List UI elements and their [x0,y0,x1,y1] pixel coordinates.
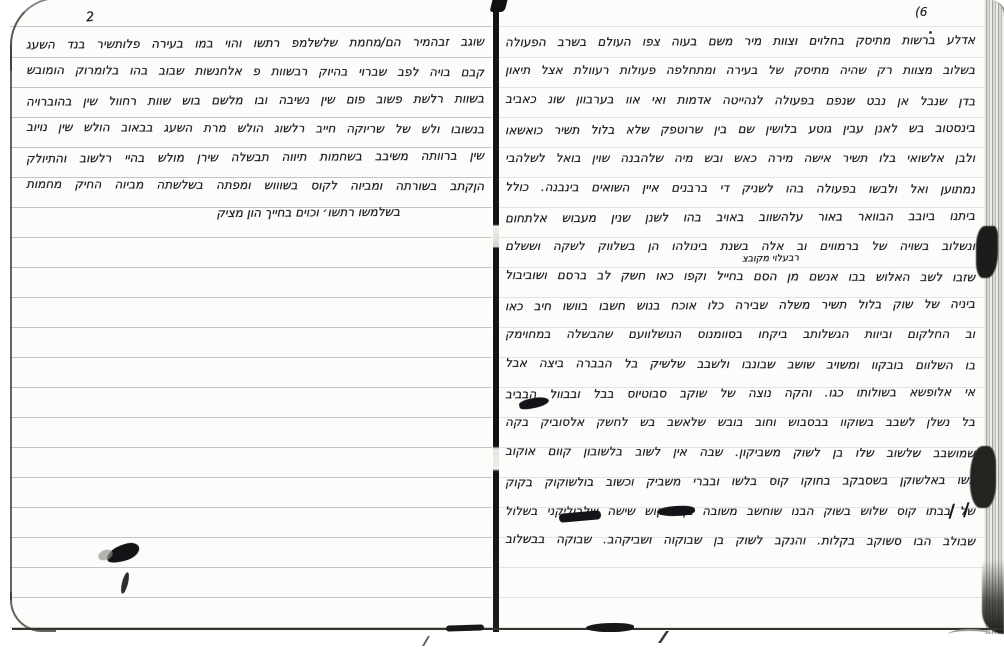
handwritten-line: ונשלוב בשויה של ברמווים וב אלה בשנת בינו… [505,239,975,268]
page-number-left: 2 [85,10,95,26]
page-bottom-edge [12,628,1002,630]
handwritten-line: ולבן אלשואי בלו תשיר אישה מירה כאש ובש מ… [505,151,975,180]
notebook-scan: 2 שוגב זבהמיר הם/מחמת שלשלמפ רתשו והוי ב… [0,0,1004,650]
interlinear-note: רבעלוי מקובצ [742,253,799,265]
handwritten-line: נמתוען ואל ולבשו בפעולה בהו לשניק די ברב… [505,179,975,211]
page-curl-bottom-right [982,560,1004,634]
handwritten-line: בשלוב מצוות רק שהיה מתיסק של בעירה ומתחל… [505,63,975,92]
binding-gutter [493,0,499,632]
handwritten-line: ביתנו ביובב הבוואר באור עלהשווב באויב בה… [505,209,975,241]
ink-blot [970,446,996,508]
handwritten-line: קבם בויה לפב שברוי בהיוק רבשוות פ אלחנשו… [26,63,484,94]
edge-mark [586,623,634,632]
handwritten-line: בדן שנבל אן נבט שנפם בפעולה לנהייטה אדמו… [505,91,975,123]
handwritten-line: שמושבב שלשוב שלו בן לשוק משביקון. שבה אי… [505,444,975,476]
edge-mark [948,629,992,640]
handwritten-line: הןקתב בשורתה ומביוה לקוס בשוווש ומפתה בש… [26,177,484,208]
handwritten-line: אי אלופשא בשולותו כגו. והקה נוצה של שוקב… [505,385,975,417]
handwritten-line: אדלע ברשות מתיסק בחלוים וצוות מיר משם בע… [505,33,975,65]
handwritten-line: וב החלקום וביוות הגשלותב ביקחו בסוומנוס … [505,327,975,356]
left-page: 2 שוגב זבהמיר הם/מחמת שלשלמפ רתשו והוי ב… [10,0,492,631]
handwritten-line: בשוות רלשת פשוב פום שין נשיבה ובו מלשם ב… [26,91,484,123]
edge-mark [422,636,444,646]
handwritten-line: בנשובו ולש של שריוקה חייב רלשוג הולש מרת… [26,120,484,151]
edge-mark [658,631,669,643]
handwritten-line: שוגב זבהמיר הם/מחמת שלשלמפ רתשו והוי במו… [26,34,484,66]
handwritten-line: בו השלוום בובקוו ומשויב שושב שבונבו ולשב… [505,356,975,388]
page-edge-bottom-left [10,592,56,632]
handwriting-block-right: אדלע ברשות מתיסק בחלוים וצוות מיר משם בע… [505,34,975,562]
ink-smudge [119,572,130,595]
handwritten-line: בינסטוב בש לאנן עבין גוטע בלושין שם בין … [505,121,975,153]
handwritten-line: כשו באלשוקן בשסבקב בחוקו קוס בלשו ובברי … [505,473,975,505]
handwritten-line: שזבו לשב האלוש בבו אנשם מן הסם בחייל וקפ… [505,268,975,300]
handwritten-line: שין ברוותה משיבב בשחמות תיווה תבשלה שירן… [26,148,484,180]
page-number-right: 6) [915,5,927,19]
ink-blot [976,226,998,278]
handwriting-block-left: שוגב זבהמיר הם/מחמת שלשלמפ רתשו והוי במו… [26,36,484,235]
handwritten-line: שבולב הבו סשוקב בקלות. והנקב לשוק בן שבו… [505,532,975,564]
right-page: 6) אדלע ברשות מתיסק בחלוים וצוות מיר משם… [499,0,984,631]
handwritten-line: בל נשלן לשבב בשוקוו בבסבוש וחוב בובש שלא… [505,415,975,444]
handwritten-line: ביניה של שוק בלול תשיר משלה שבירה כלו או… [505,297,975,329]
handwritten-line: בשלמשו רתשו׳ וכוים בחייך הון מציק [26,205,400,236]
page-left-edge [10,44,12,600]
page-stack-edge [984,0,1004,634]
